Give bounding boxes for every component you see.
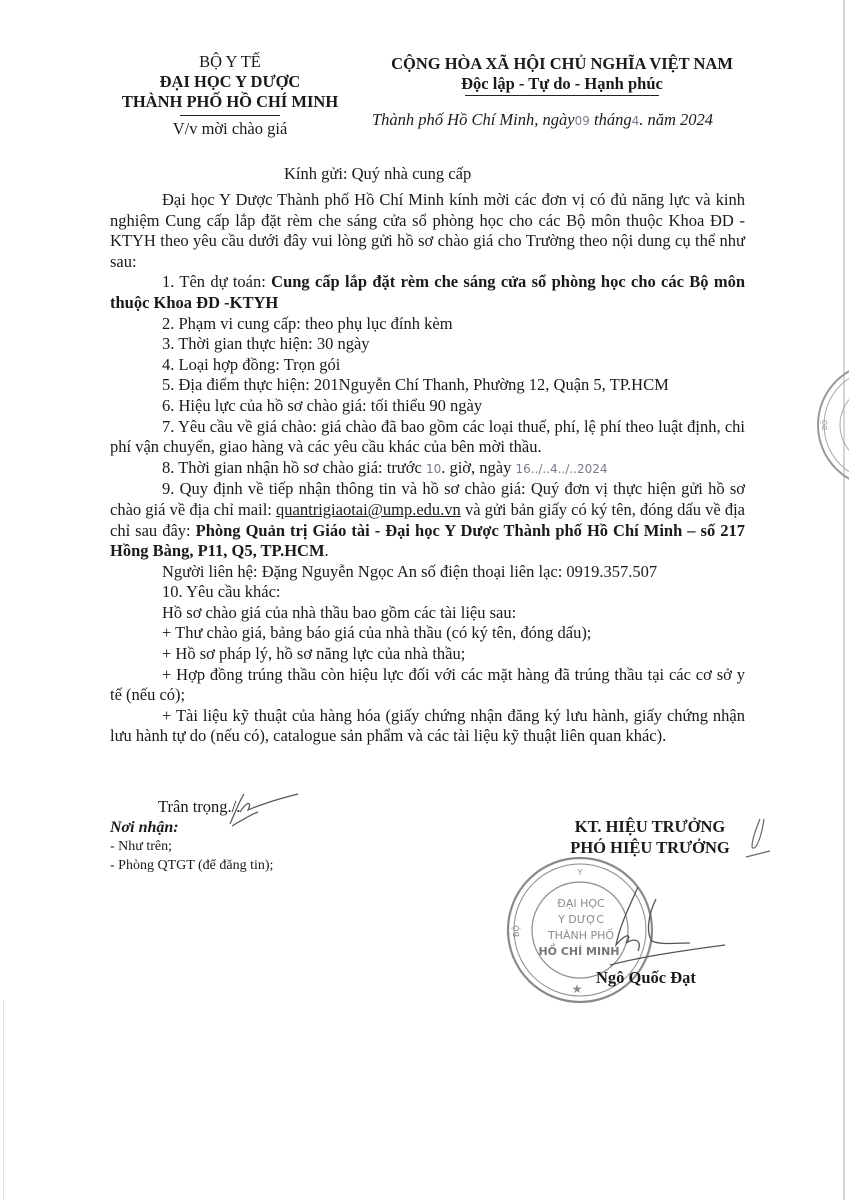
recipients-title: Nơi nhận: — [110, 818, 273, 837]
item-6: 6. Hiệu lực của hồ sơ chào giá: tối thiể… — [110, 396, 745, 417]
signature-block: KT. HIỆU TRƯỞNG PHÓ HIỆU TRƯỞNG — [540, 816, 760, 858]
signer-name: Ngô Quốc Đạt — [596, 968, 696, 988]
initials-mark-icon — [742, 815, 772, 860]
item-9-end: . — [325, 541, 329, 560]
university-name-1: ĐẠI HỌC Y DƯỢC — [100, 72, 360, 92]
salutation: Kính gửi: Quý nhà cung cấp — [284, 164, 471, 184]
national-header: CỘNG HÒA XÃ HỘI CHỦ NGHĨA VIỆT NAM Độc l… — [362, 54, 762, 94]
document-page: BỘ Y TẾ ĐẠI HỌC Y DƯỢC THÀNH PHỐ HỒ CHÍ … — [0, 0, 849, 1200]
motto: Độc lập - Tự do - Hạnh phúc — [461, 74, 663, 94]
partial-seal-text: BỘ — [820, 419, 829, 430]
doc-item: + Tài liệu kỹ thuật của hàng hóa (giấy c… — [110, 706, 745, 747]
ministry-name: BỘ Y TẾ — [100, 52, 360, 72]
item-1: 1. Tên dự toán: Cung cấp lắp đặt rèm che… — [110, 272, 745, 313]
handwritten-deadline-date: 16../..4../..2024 — [515, 462, 607, 476]
item-9: 9. Quy định về tiếp nhận thông tin và hồ… — [110, 479, 745, 561]
scan-edge-left — [3, 1000, 4, 1200]
stamp-ring-left: BỘ — [510, 925, 521, 937]
item-2: 2. Phạm vi cung cấp: theo phụ lục đính k… — [110, 314, 745, 335]
letter-body: Đại học Y Dược Thành phố Hồ Chí Minh kín… — [110, 190, 745, 747]
recipient-item: - Phòng QTGT (để đăng tin); — [110, 856, 273, 875]
item-5: 5. Địa điểm thực hiện: 201Nguyễn Chí Tha… — [110, 375, 745, 396]
delivery-address: Phòng Quản trị Giáo tài - Đại học Y Dược… — [110, 521, 745, 561]
email-link[interactable]: quantrigiaotai@ump.edu.vn — [276, 500, 461, 519]
item-8-mid: . giờ, ngày — [441, 458, 515, 477]
date-prefix: Thành phố Hồ Chí Minh, ngày — [372, 110, 575, 129]
nation-title: CỘNG HÒA XÃ HỘI CHỦ NGHĨA VIỆT NAM — [362, 54, 762, 74]
signatory-title-1: KT. HIỆU TRƯỞNG — [540, 816, 760, 837]
item-10: 10. Yêu cầu khác: — [110, 582, 745, 603]
item-4: 4. Loại hợp đồng: Trọn gói — [110, 355, 745, 376]
motto-underline — [465, 95, 659, 96]
doc-item: + Hợp đồng trúng thầu còn hiệu lực đối v… — [110, 665, 745, 706]
scan-edge — [843, 0, 845, 1200]
item-1-label: 1. Tên dự toán: — [162, 272, 271, 291]
item-3: 3. Thời gian thực hiện: 30 ngày — [110, 334, 745, 355]
divider — [180, 115, 280, 116]
partial-seal-icon: BỘ — [805, 360, 849, 490]
motto-text: Độc lập - Tự do - Hạnh phúc — [461, 74, 663, 93]
issuer-block: BỘ Y TẾ ĐẠI HỌC Y DƯỢC THÀNH PHỐ HỒ CHÍ … — [100, 52, 360, 139]
svg-text:★: ★ — [572, 982, 583, 996]
handwritten-day: 09 — [575, 114, 590, 128]
stamp-ring-top: Y — [577, 868, 583, 877]
subject-line: V/v mời chào giá — [100, 119, 360, 139]
item-7: 7. Yêu cầu về giá chào: giá chào đã bao … — [110, 417, 745, 458]
handwritten-signature-icon — [580, 885, 730, 975]
doc-item: + Thư chào giá, bảng báo giá của nhà thầ… — [110, 623, 745, 644]
recipient-item: - Như trên; — [110, 837, 273, 856]
year-text: . năm 2024 — [639, 110, 713, 129]
university-name-2: THÀNH PHỐ HỒ CHÍ MINH — [100, 92, 360, 112]
date-line: Thành phố Hồ Chí Minh, ngày09 tháng4. nă… — [372, 110, 713, 130]
recipients-block: Nơi nhận: - Như trên; - Phòng QTGT (để đ… — [110, 818, 273, 875]
handwritten-hour: 10 — [426, 462, 441, 476]
item-8-label: 8. Thời gian nhận hồ sơ chào giá: trước — [162, 458, 426, 477]
month-label: tháng — [594, 110, 632, 129]
doc-item: + Hồ sơ pháp lý, hồ sơ năng lực của nhà … — [110, 644, 745, 665]
docs-intro: Hồ sơ chào giá của nhà thầu bao gồm các … — [110, 603, 745, 624]
intro-paragraph: Đại học Y Dược Thành phố Hồ Chí Minh kín… — [110, 190, 745, 272]
item-8: 8. Thời gian nhận hồ sơ chào giá: trước … — [110, 458, 745, 480]
contact-line: Người liên hệ: Đặng Nguyễn Ngọc An số đi… — [110, 562, 745, 583]
